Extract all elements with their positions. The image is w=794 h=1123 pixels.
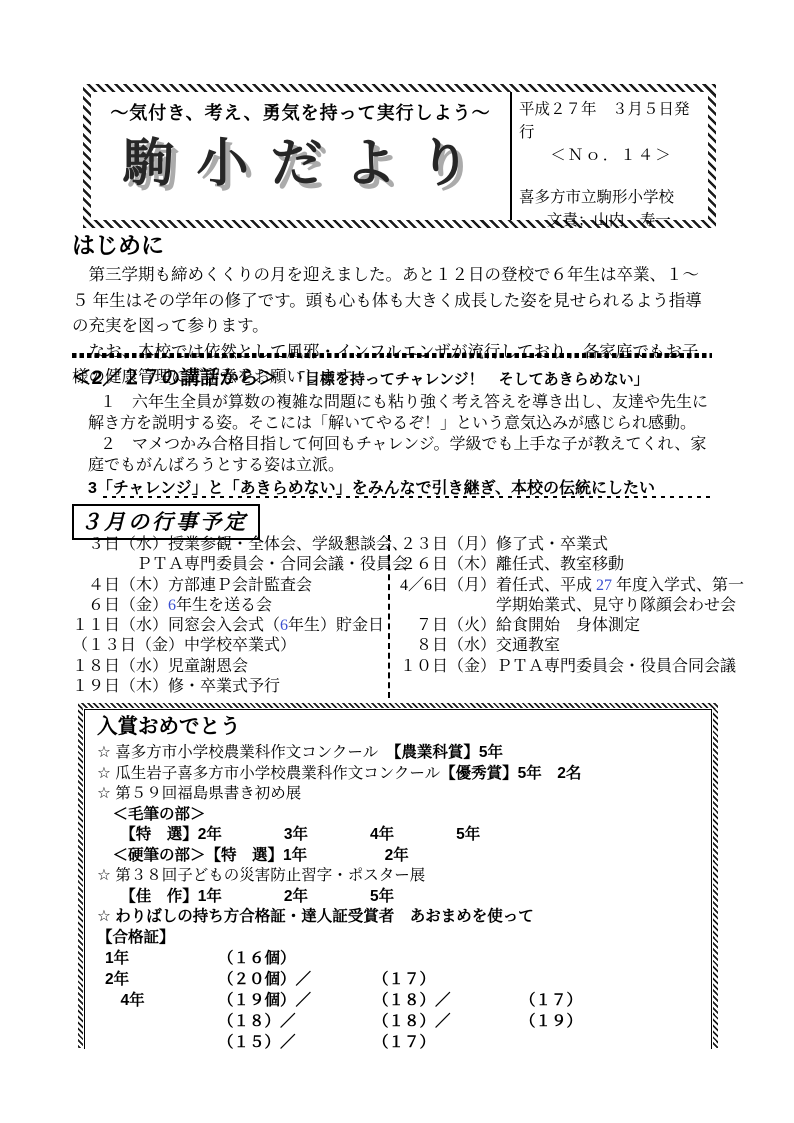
schedule-right-column: ２３日（月）修了式・卒業式 ２６日（木）離任式、教室移動 4／6日（月）着任式、…: [390, 535, 744, 698]
award-item: ☆ 第３８回子どもの災害防止習字・ポスター展: [97, 866, 705, 887]
issue-number: ＜Ｎｏ．１４＞: [519, 144, 704, 167]
award-item: 【特 選】2年 3年 4年 5年: [97, 825, 705, 846]
highlight-digit: 6: [280, 617, 288, 634]
masthead-box: ～気付き、考え、勇気を持って実行しよう～ 駒小だより 平成２７年 ３月５日発行 …: [83, 84, 716, 228]
schedule-item: ４日（木）方部連Ｐ会計監査会: [72, 576, 386, 596]
award-item: 【合格証】: [97, 928, 705, 949]
talk-heading: ＜2／２７の講話から＞: [72, 367, 278, 389]
award-item: ＜硬筆の部＞【特 選】1年 2年: [97, 846, 705, 867]
schedule-item: ＰＴＡ専門委員会・合同会議・役員会: [72, 555, 386, 575]
certificate-count-row: 1年（１６個）: [105, 948, 705, 969]
certificate-count-row: 4年（１９個）／（１８）／（１７）: [105, 990, 705, 1011]
intro-heading: はじめに: [72, 233, 714, 259]
award-item: ☆ 喜多方市小学校農業科作文コンクール 【農業科賞】5年: [97, 743, 705, 764]
award-item: ＜毛筆の部＞: [97, 805, 705, 826]
spacer: [519, 167, 704, 186]
schedule-item: １８日（水）児童謝恩会: [72, 657, 386, 677]
school-motto: ～気付き、考え、勇気を持って実行しよう～: [110, 99, 490, 125]
highlight-digit: 6: [168, 597, 176, 614]
schedule-item: ２６日（木）離任式、教室移動: [400, 555, 744, 575]
awards-box-inner: 入賞おめでとう ☆ 喜多方市小学校農業科作文コンクール 【農業科賞】5年 ☆ 瓜…: [84, 709, 712, 1049]
schedule-item: １０日（金）ＰＴＡ専門委員会・役員合同会議: [400, 657, 744, 677]
schedule-left-column: ３日（水）授業参観・全体会、学級懇談会、 ＰＴＡ専門委員会・合同会議・役員会 ４…: [72, 535, 386, 698]
dotted-separator: [72, 353, 712, 358]
highlight-digit: 27: [596, 577, 612, 594]
awards-heading: 入賞おめでとう: [97, 713, 705, 740]
masthead-left: ～気付き、考え、勇気を持って実行しよう～ 駒小だより: [91, 92, 510, 220]
editor-credit: 文責；山内 寿一: [519, 209, 704, 232]
school-name: 喜多方市立駒形小学校: [519, 186, 704, 209]
talk-subtitle: 「目標を持ってチャレンジ！ そしてあきらめない」: [290, 371, 649, 388]
certificate-count-row: 2年（２０個）／（１７）: [105, 969, 705, 990]
awards-box: 入賞おめでとう ☆ 喜多方市小学校農業科作文コンクール 【農業科賞】5年 ☆ 瓜…: [78, 703, 718, 1048]
schedule-item: （１３日（金）中学校卒業式）: [72, 636, 386, 656]
schedule-item: ２３日（月）修了式・卒業式: [400, 535, 744, 555]
dashed-separator: [103, 496, 712, 498]
schedule-item: １９日（木）修・卒業式予行: [72, 677, 386, 697]
schedule-item: 4／6日（月）着任式、平成 27 年度入学式、第一: [400, 576, 744, 596]
talk-section: ＜2／２７の講話から＞ 「目標を持ってチャレンジ！ そしてあきらめない」 １ 六…: [72, 362, 714, 499]
schedule-item: ６日（金）6年生を送る会: [72, 596, 386, 616]
award-item: ☆ わりばしの持ち方合格証・達人証受賞者 あおまめを使って: [97, 907, 705, 928]
schedule-item: ７日（火）給食開始 身体測定: [400, 616, 744, 636]
issue-date: 平成２７年 ３月５日発行: [519, 98, 704, 144]
schedule-columns: ３日（水）授業参観・全体会、学級懇談会、 ＰＴＡ専門委員会・合同会議・役員会 ４…: [72, 535, 714, 698]
certificate-count-row: （１５）／（１７）: [105, 1032, 705, 1049]
certificate-count-row: （１８）／（１８）／（１９）: [105, 1011, 705, 1032]
schedule-item: １１日（水）同窓会入会式（6年生）貯金日: [72, 616, 386, 636]
schedule-item: ８日（水）交通教室: [400, 636, 744, 656]
award-item: ☆ 第５９回福島県書き初め展: [97, 784, 705, 805]
intro-paragraph: 第三学期も締めくくりの月を迎えました。あと１２日の登校で６年生は卒業、１～ ５ …: [72, 262, 714, 339]
schedule-heading: ３月の行事予定: [80, 510, 248, 534]
masthead-right: 平成２７年 ３月５日発行 ＜Ｎｏ．１４＞ 喜多方市立駒形小学校 文責；山内 寿一: [510, 92, 708, 220]
newsletter-page: ～気付き、考え、勇気を持って実行しよう～ 駒小だより 平成２７年 ３月５日発行 …: [0, 0, 794, 1123]
talk-heading-row: ＜2／２７の講話から＞ 「目標を持ってチャレンジ！ そしてあきらめない」: [72, 362, 714, 390]
talk-item: ２ マメつかみ合格目指して何回もチャレンジ。学級でも上手な子が教えてくれ、家庭で…: [88, 434, 714, 476]
newsletter-title: 駒小だより: [108, 134, 492, 194]
award-item: 【佳 作】1年 2年 5年: [97, 887, 705, 908]
talk-item: １ 六年生全員が算数の複雑な問題にも粘り強く考え答えを導き出し、友達や先生に解き…: [88, 392, 714, 434]
award-item: ☆ 瓜生岩子喜多方市小学校農業科作文コンクール【優秀賞】5年 2名: [97, 764, 705, 785]
schedule-item: 学期始業式、見守り隊顔会わせ会: [400, 596, 744, 616]
schedule-item: ３日（水）授業参観・全体会、学級懇談会、: [72, 535, 386, 555]
